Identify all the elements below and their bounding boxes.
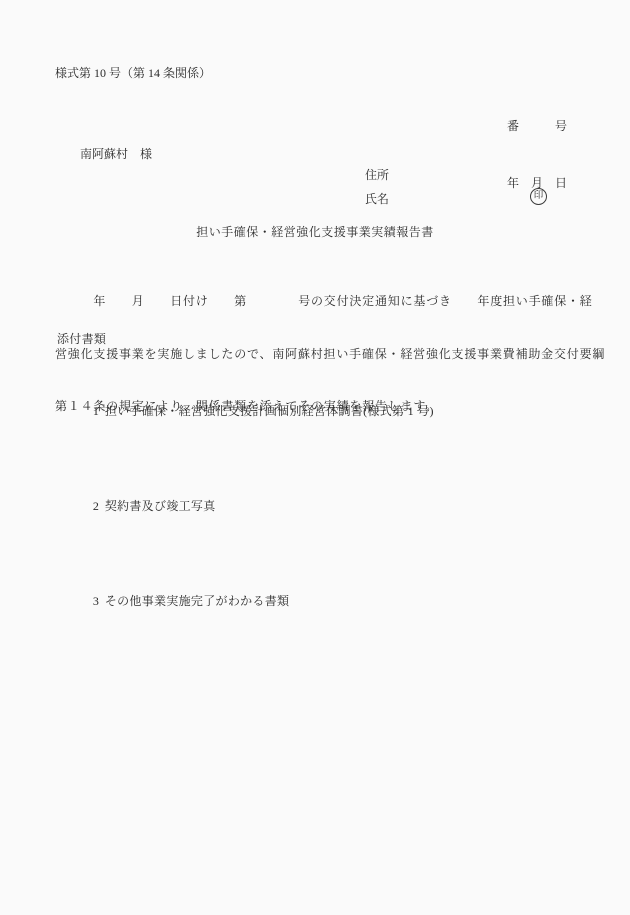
attachment-item-number: 1 bbox=[93, 402, 105, 421]
attachment-item-number: 3 bbox=[93, 592, 105, 611]
sender-name-label: 氏名 bbox=[365, 193, 389, 205]
attachments-heading: 添付書類 bbox=[57, 333, 106, 345]
attachment-item-text: 担い手確保・経営強化支援計画個別経営体調書(様式第 1 号) bbox=[105, 404, 434, 418]
doc-number-line: 番 号 bbox=[507, 117, 567, 136]
document-title: 担い手確保・経営強化支援事業実績報告書 bbox=[0, 226, 630, 238]
addressee-honorific: 様 bbox=[140, 147, 152, 161]
attachment-item: 1担い手確保・経営強化支援計画個別経営体調書(様式第 1 号) bbox=[55, 383, 434, 440]
addressee-name: 南阿蘇村 bbox=[80, 147, 128, 161]
form-number: 様式第 10 号（第 14 条関係） bbox=[55, 67, 211, 79]
attachments-list: 1担い手確保・経営強化支援計画個別経営体調書(様式第 1 号) 2契約書及び竣工… bbox=[55, 345, 434, 668]
attachment-item-text: 契約書及び竣工写真 bbox=[105, 499, 216, 513]
document-page: 様式第 10 号（第 14 条関係） 番 号 年 月 日 南阿蘇村様 住所 氏名… bbox=[0, 0, 630, 915]
sender-address-label: 住所 bbox=[365, 169, 389, 181]
attachment-item-number: 2 bbox=[93, 497, 105, 516]
doc-number-date-block: 番 号 年 月 日 bbox=[507, 79, 567, 231]
body-line-1: 年 月 日付け 第 号の交付決定通知に基づき 年度担い手確保・経 bbox=[55, 293, 605, 311]
attachment-item: 2契約書及び竣工写真 bbox=[55, 478, 434, 535]
addressee: 南阿蘇村様 bbox=[68, 136, 152, 172]
attachment-item: 3その他事業実施完了がわかる書類 bbox=[55, 573, 434, 630]
seal-stamp-icon: 印 bbox=[530, 188, 547, 205]
attachment-item-text: その他事業実施完了がわかる書類 bbox=[105, 594, 290, 608]
